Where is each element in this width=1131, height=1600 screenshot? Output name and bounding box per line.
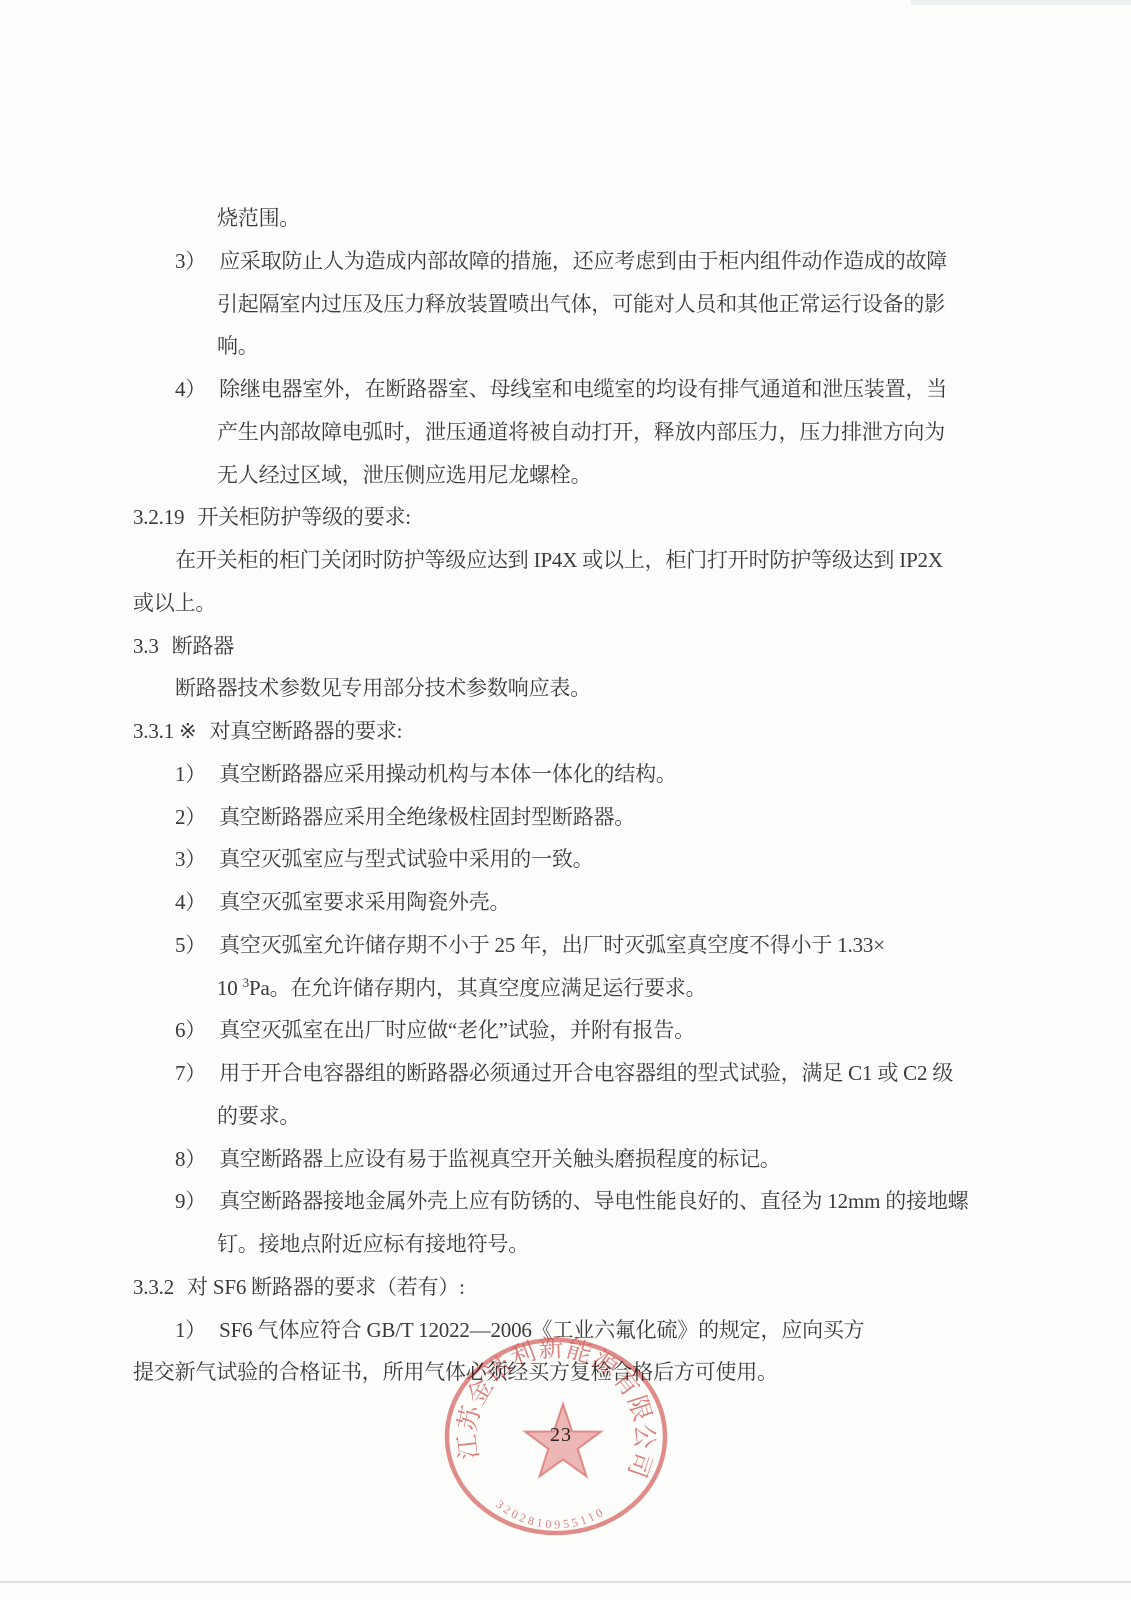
document-line: 3.3.2对 SF6 断路器的要求（若有）: xyxy=(133,1274,465,1300)
list-label: 9） xyxy=(175,1188,219,1214)
line-text: 真空灭弧室要求采用陶瓷外壳。 xyxy=(219,890,510,914)
document-line: 3.2.19开关柜防护等级的要求: xyxy=(133,504,411,530)
list-label: 7） xyxy=(175,1060,219,1086)
line-text: Pa。在允许储存期内，其真空度应满足运行要求。 xyxy=(249,976,706,1000)
line-text: 真空断路器应采用全绝缘极柱固封型断路器。 xyxy=(219,805,635,829)
document-line: 3.3断路器 xyxy=(133,633,234,659)
line-text: 10 xyxy=(217,976,243,1000)
document-line: 在开关柜的柜门关闭时防护等级应达到 IP4X 或以上，柜门打开时防护等级达到 I… xyxy=(175,547,943,573)
document-line: 产生内部故障电弧时，泄压通道将被自动打开，释放内部压力，压力排泄方向为 xyxy=(217,419,945,445)
line-text: 真空断路器接地金属外壳上应有防锈的、导电性能良好的、直径为 12mm 的接地螺 xyxy=(219,1189,968,1213)
line-text: 应采取防止人为造成内部故障的措施，还应考虑到由于柜内组件动作造成的故障 xyxy=(219,249,947,273)
list-label: 3） xyxy=(175,248,219,274)
line-text: 引起隔室内过压及压力释放装置喷出气体，可能对人员和其他正常运行设备的影 xyxy=(217,292,945,316)
company-seal: 江苏金诺利新能源有限公司 3202810955110 xyxy=(441,1336,671,1540)
document-line: 7）用于开合电容器组的断路器必须通过开合电容器组的型式试验，满足 C1 或 C2… xyxy=(175,1060,953,1086)
list-label: 8） xyxy=(175,1146,219,1172)
line-text: 的要求。 xyxy=(217,1104,300,1128)
document-line: 3.3.1 ※对真空断路器的要求: xyxy=(133,718,402,744)
document-line: 响。 xyxy=(217,333,259,359)
line-text: 对 SF6 断路器的要求（若有）: xyxy=(187,1275,465,1299)
document-line: 或以上。 xyxy=(133,590,216,616)
list-label: 3.3.1 ※ xyxy=(133,718,209,744)
line-text: 开关柜防护等级的要求: xyxy=(197,505,411,529)
document-line: 引起隔室内过压及压力释放装置喷出气体，可能对人员和其他正常运行设备的影 xyxy=(217,291,945,317)
scan-edge-line xyxy=(0,1581,1131,1583)
document-line: 断路器技术参数见专用部分技术参数响应表。 xyxy=(175,675,591,701)
line-text: 断路器技术参数见专用部分技术参数响应表。 xyxy=(175,676,591,700)
line-text: 除继电器室外，在断路器室、母线室和电缆室的均设有排气通道和泄压装置，当 xyxy=(219,377,947,401)
line-text: 无人经过区域，泄压侧应选用尼龙螺栓。 xyxy=(217,463,591,487)
line-text: 真空灭弧室应与型式试验中采用的一致。 xyxy=(219,847,593,871)
seal-star-icon xyxy=(525,1404,601,1476)
list-label: 1） xyxy=(175,761,219,787)
scan-artifact xyxy=(911,0,1131,5)
list-label: 2） xyxy=(175,804,219,830)
list-label: 4） xyxy=(175,889,219,915)
document-line: 5）真空灭弧室允许储存期不小于 25 年，出厂时灭弧室真空度不得小于 1.33× xyxy=(175,932,885,958)
line-text: 在开关柜的柜门关闭时防护等级应达到 IP4X 或以上，柜门打开时防护等级达到 I… xyxy=(175,548,943,572)
list-label: 4） xyxy=(175,376,219,402)
line-text: 响。 xyxy=(217,334,259,358)
list-label: 1） xyxy=(175,1317,219,1343)
document-line: 4）除继电器室外，在断路器室、母线室和电缆室的均设有排气通道和泄压装置，当 xyxy=(175,376,947,402)
line-text: 用于开合电容器组的断路器必须通过开合电容器组的型式试验，满足 C1 或 C2 级 xyxy=(219,1061,953,1085)
document-line: 的要求。 xyxy=(217,1103,300,1129)
document-line: 钉。接地点附近应标有接地符号。 xyxy=(217,1231,529,1257)
document-page: 烧范围。3）应采取防止人为造成内部故障的措施，还应考虑到由于柜内组件动作造成的故… xyxy=(0,0,1131,1600)
list-label: 3.3.2 xyxy=(133,1274,187,1300)
document-line: 9）真空断路器接地金属外壳上应有防锈的、导电性能良好的、直径为 12mm 的接地… xyxy=(175,1188,968,1214)
line-text: 烧范围。 xyxy=(217,206,300,230)
list-label: 3） xyxy=(175,846,219,872)
list-label: 3.2.19 xyxy=(133,504,197,530)
line-text: 真空灭弧室在出厂时应做“老化”试验，并附有报告。 xyxy=(219,1018,695,1042)
document-line: 3）应采取防止人为造成内部故障的措施，还应考虑到由于柜内组件动作造成的故障 xyxy=(175,248,947,274)
line-text: 真空断路器应采用操动机构与本体一体化的结构。 xyxy=(219,762,677,786)
line-text: 产生内部故障电弧时，泄压通道将被自动打开，释放内部压力，压力排泄方向为 xyxy=(217,420,945,444)
document-line: 2）真空断路器应采用全绝缘极柱固封型断路器。 xyxy=(175,804,635,830)
document-line: 无人经过区域，泄压侧应选用尼龙螺栓。 xyxy=(217,462,591,488)
document-line: 4）真空灭弧室要求采用陶瓷外壳。 xyxy=(175,889,510,915)
line-text: 钉。接地点附近应标有接地符号。 xyxy=(217,1232,529,1256)
document-line: 烧范围。 xyxy=(217,205,300,231)
list-label: 3.3 xyxy=(133,633,172,659)
list-label: 6） xyxy=(175,1017,219,1043)
document-line: 6）真空灭弧室在出厂时应做“老化”试验，并附有报告。 xyxy=(175,1017,695,1043)
document-line: 10 3Pa。在允许储存期内，其真空度应满足运行要求。 xyxy=(217,975,706,1001)
list-label: 5） xyxy=(175,932,219,958)
line-text: 断路器 xyxy=(172,634,234,658)
document-line: 1）真空断路器应采用操动机构与本体一体化的结构。 xyxy=(175,761,677,787)
line-text: 真空断路器上应设有易于监视真空开关触头磨损程度的标记。 xyxy=(219,1147,781,1171)
line-text: 或以上。 xyxy=(133,591,216,615)
document-line: 3）真空灭弧室应与型式试验中采用的一致。 xyxy=(175,846,594,872)
line-text: 真空灭弧室允许储存期不小于 25 年，出厂时灭弧室真空度不得小于 1.33× xyxy=(219,933,885,957)
line-text: 对真空断路器的要求: xyxy=(209,719,402,743)
document-line: 8）真空断路器上应设有易于监视真空开关触头磨损程度的标记。 xyxy=(175,1146,781,1172)
